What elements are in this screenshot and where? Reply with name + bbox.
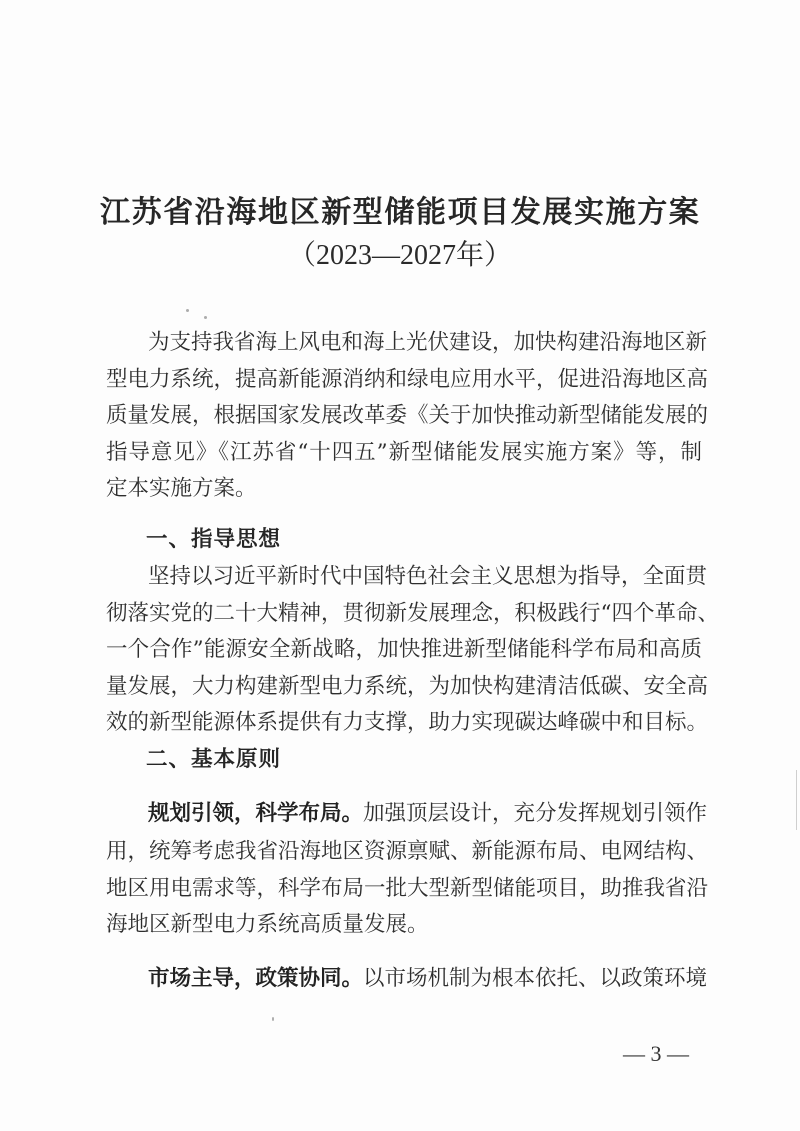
paragraph-line: 型电力系统，提高新能源消纳和绿电应用水平，促进沿海地区高 [106, 365, 702, 395]
principle-lead-phrase: 规划引领，科学布局。 [148, 801, 363, 826]
paragraph-line: 量发展，大力构建新型电力系统，为加快构建清洁低碳、安全高 [106, 672, 702, 702]
section-heading-basic-principles: 二、基本原则 [146, 744, 281, 776]
document-page: 江苏省沿海地区新型储能项目发展实施方案 （2023—2027年） 为支持我省海上… [0, 0, 800, 1131]
paragraph-line: 地区用电需求等，科学布局一批大型新型储能项目，助推我省沿 [106, 874, 702, 904]
principle-text: 加强顶层设计，充分发挥规划引领作 [363, 801, 707, 826]
paragraph-line: 市场主导，政策协同。以市场机制为根本依托、以政策环境 [148, 964, 702, 994]
section-heading-guiding-ideology: 一、指导思想 [146, 524, 281, 556]
principle-text: 以市场机制为根本依托、以政策环境 [363, 966, 707, 991]
paragraph-line: 定本实施方案。 [106, 474, 702, 504]
paragraph-line: 质量发展，根据国家发展改革委《关于加快推动新型储能发展的 [106, 401, 702, 431]
paragraph-line: 海地区新型电力系统高质量发展。 [106, 910, 702, 940]
paragraph-line: 规划引领，科学布局。加强顶层设计，充分发挥规划引领作 [148, 799, 702, 829]
scan-edge-mark [796, 770, 797, 830]
paragraph-line: 效的新型能源体系提供有力支撑，助力实现碳达峰碳中和目标。 [106, 708, 702, 738]
paragraph-line: 为支持我省海上风电和海上光伏建设，加快构建沿海地区新 [148, 328, 702, 358]
paragraph-line: 彻落实党的二十大精神，贯彻新发展理念，积极践行“四个革命、 [106, 599, 702, 629]
scan-speck [186, 309, 189, 312]
paragraph-line: 一个合作”能源安全新战略，加快推进新型储能科学布局和高质 [106, 635, 702, 665]
scan-speck [204, 316, 207, 319]
paragraph-line: 指导意见》《江苏省“十四五”新型储能发展实施方案》等，制 [106, 438, 702, 468]
document-subtitle: （2023—2027年） [100, 238, 700, 274]
page-number: — 3 — [620, 1040, 692, 1068]
document-title: 江苏省沿海地区新型储能项目发展实施方案 [100, 193, 700, 233]
principle-lead-phrase: 市场主导，政策协同。 [148, 966, 363, 991]
paragraph-line: 坚持以习近平新时代中国特色社会主义思想为指导，全面贯 [148, 562, 702, 592]
scan-speck [272, 1017, 274, 1021]
paragraph-line: 用，统筹考虑我省沿海地区资源禀赋、新能源布局、电网结构、 [106, 837, 702, 867]
